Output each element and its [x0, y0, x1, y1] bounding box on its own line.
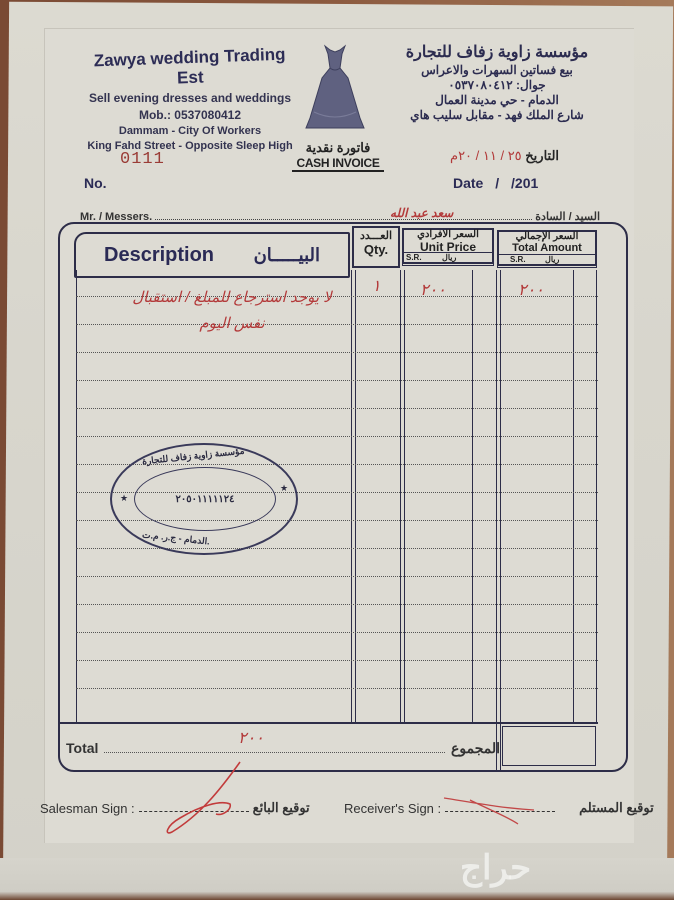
ruled-line	[76, 408, 598, 409]
divider-left-border	[76, 270, 77, 722]
divider-price-halala	[472, 270, 473, 722]
star-icon: ★	[280, 483, 288, 494]
ruled-line	[76, 352, 598, 353]
mobile-en: Mob.: 0537080412	[80, 108, 300, 122]
ruled-line	[76, 548, 598, 549]
haraj-watermark: حراج	[460, 848, 531, 888]
qty-header-en: Qty.	[352, 242, 400, 257]
invoice-number-label: No.	[84, 175, 107, 191]
total-label-ar: المجموع	[451, 740, 500, 757]
salesman-signature	[160, 760, 250, 840]
cash-invoice-ar: فاتورة نقدية	[292, 140, 384, 156]
divider-desc-qty-2	[355, 270, 356, 722]
total-amount-box	[502, 726, 596, 766]
customer-name: سعد عبد الله	[390, 206, 453, 220]
customer-dotted-line	[155, 210, 532, 220]
divider-total-halala	[573, 270, 574, 722]
ruled-line	[76, 380, 598, 381]
date-label-en: Date / /201	[453, 175, 538, 191]
star-icon: ★	[120, 493, 128, 504]
header-english: Zawya wedding Trading Est Sell evening d…	[80, 48, 300, 152]
stamp-center-text: ٢٠٥٠١١١١١٢٤	[175, 494, 234, 505]
description-header: Description البيـــــان	[74, 232, 350, 278]
total-amount-sr: S.R.	[510, 255, 526, 264]
salesman-sign-label-ar: توقيع البائع	[253, 800, 310, 816]
header-arabic: مؤسسة زاوية زفاف للتجارة بيع فساتين السه…	[372, 42, 622, 122]
cash-invoice-title: فاتورة نقدية CASH INVOICE	[292, 140, 384, 172]
ruled-line	[76, 576, 598, 577]
description-header-en: Description	[104, 244, 214, 267]
ruled-line	[76, 436, 598, 437]
receiver-sign-label-en: Receiver's Sign :	[344, 801, 441, 816]
row-qty: ١	[372, 276, 381, 296]
tagline-en: Sell evening dresses and weddings	[80, 91, 300, 105]
company-stamp: مؤسسة زاوية زفاف للتجارة ٢٠٥٠١١١١١٢٤ الد…	[110, 443, 298, 555]
tagline-ar: بيع فساتين السهرات والاعراس	[372, 63, 622, 77]
ruled-line	[76, 604, 598, 605]
total-amount-header-ar: السعر الإجمالي	[497, 231, 597, 242]
divider-qty-price	[400, 270, 401, 722]
row-unit-price: ٢٠٠	[420, 280, 446, 300]
street-ar: شارع الملك فهد - مقابل سليب هاي	[372, 108, 622, 122]
receiver-sign-label-ar: توقيع المستلم	[579, 800, 654, 816]
dress-icon	[300, 42, 370, 132]
divider-desc-qty	[351, 270, 352, 722]
paper-fold-strip	[0, 858, 674, 900]
row-total: ٢٠٠	[518, 280, 544, 300]
city-ar: الدمام - حي مدينة العمال	[372, 93, 622, 107]
table-bottom-rule	[60, 722, 598, 724]
ruled-line	[76, 688, 598, 689]
total-amount-riyal: ريال	[545, 255, 559, 264]
unit-price-header-ar: السعر الافرادي	[402, 229, 494, 240]
ruled-line	[76, 660, 598, 661]
row-description: لا يوجد استرجاع للمبلغ / استقبال نفس الي…	[122, 285, 342, 337]
date-arabic: التاريخ ٢٥ / ١١ / ٢٠م	[450, 148, 559, 164]
city-en: Dammam - City Of Workers	[80, 125, 300, 137]
divider-right-border	[596, 270, 597, 722]
company-name-ar: مؤسسة زاوية زفاف للتجارة	[372, 42, 622, 62]
unit-price-sr: S.R.	[406, 253, 422, 262]
divider-qty-price-2	[404, 270, 405, 722]
total-value: ٢٠٠	[238, 728, 264, 748]
street-en: King Fahd Street - Opposite Sleep High	[80, 140, 300, 152]
stamp-center: ٢٠٥٠١١١١١٢٤	[134, 467, 276, 531]
invoice-number: 0111	[120, 150, 165, 169]
qty-header-ar: العـــدد	[352, 229, 400, 242]
total-dotted-line	[104, 743, 445, 753]
receiver-signature	[440, 794, 540, 828]
stamp-bottom-text: الدمام - ج.ر. م.ت.	[142, 529, 211, 547]
company-name-en: Zawya wedding Trading Est	[79, 44, 300, 92]
total-row: Total المجموع	[58, 728, 508, 768]
description-header-ar: البيـــــان	[254, 245, 320, 266]
total-label-en: Total	[66, 740, 98, 756]
date-label-ar: التاريخ	[525, 148, 559, 163]
ruled-line	[76, 632, 598, 633]
mobile-ar: جوال: ٠٥٣٧٠٨٠٤١٢	[372, 78, 622, 92]
unit-price-riyal: ريال	[442, 253, 456, 262]
total-amount-header-en: Total Amount	[497, 242, 597, 254]
date-value-ar: ٢٥ / ١١ / ٢٠م	[450, 148, 522, 163]
salesman-sign-label-en: Salesman Sign :	[40, 801, 135, 816]
cash-invoice-en: CASH INVOICE	[292, 156, 384, 172]
